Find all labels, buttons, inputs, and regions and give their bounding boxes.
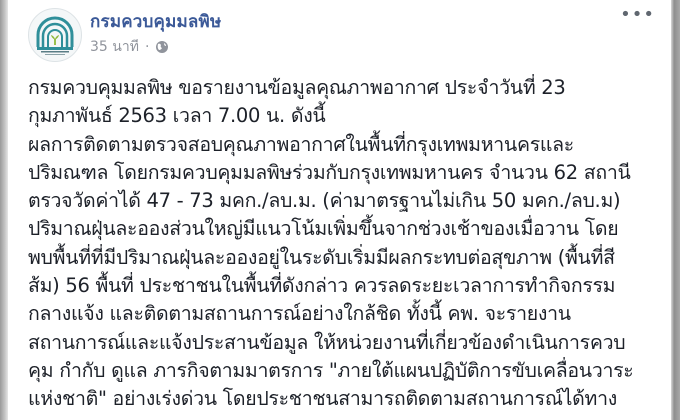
globe-icon[interactable]	[155, 40, 169, 54]
post-line: สถานการณ์และแจ้งประสานข้อมูล ให้หน่วยงาน…	[28, 329, 668, 357]
post-meta: 35 นาที ·	[90, 36, 169, 58]
post-line: คุม กำกับ ดูแล ภารกิจตามมาตรการ "ภายใต้แ…	[28, 357, 668, 385]
post-line: แห่งชาติ" อย่างเร่งด่วน โดยประชาชนสามารถ…	[28, 385, 668, 413]
more-options-button[interactable]: •••	[620, 10, 655, 20]
meta-separator: ·	[145, 39, 149, 55]
post-header: กรมควบคุมมลพิษ 35 นาที · •••	[8, 0, 671, 66]
screen-edge-right	[671, 0, 680, 420]
post-line: ตรวจวัดค่าได้ 47 - 73 มคก./ลบ.ม. (ค่ามาต…	[28, 187, 668, 215]
post-line: พบพื้นที่ที่มีปริมาณฝุ่นละอองอยู่ในระดับ…	[28, 244, 668, 272]
post-line: ส้ม) 56 พื้นที่ ประชาชนในพื้นที่ดังกล่าว…	[28, 272, 668, 300]
post-line: ปริมณฑล โดยกรมควบคุมมลพิษร่วมกับกรุงเทพม…	[28, 159, 668, 187]
post-line: ปริมาณฝุ่นละอองส่วนใหญ่มีแนวโน้มเพิ่มขึ้…	[28, 215, 668, 243]
pcd-logo-icon	[29, 9, 81, 61]
post-line: กรมควบคุมมลพิษ ขอรายงานข้อมูลคุณภาพอากาศ…	[28, 74, 668, 102]
post-body: กรมควบคุมมลพิษ ขอรายงานข้อมูลคุณภาพอากาศ…	[28, 74, 668, 414]
post-timestamp[interactable]: 35 นาที	[90, 36, 139, 58]
page-name-link[interactable]: กรมควบคุมมลพิษ	[90, 8, 221, 35]
facebook-post: กรมควบคุมมลพิษ 35 นาที · ••• กรมควบคุมมล…	[8, 0, 671, 420]
avatar[interactable]	[28, 8, 82, 62]
screen-edge-left	[0, 0, 8, 420]
post-line: กลางแจ้ง และติดตามสถานการณ์อย่างใกล้ชิด …	[28, 300, 668, 328]
post-line: กุมภาพันธ์ 2563 เวลา 7.00 น. ดังนี้	[28, 102, 668, 130]
post-line: ผลการติดตามตรวจสอบคุณภาพอากาศในพื้นที่กร…	[28, 131, 668, 159]
